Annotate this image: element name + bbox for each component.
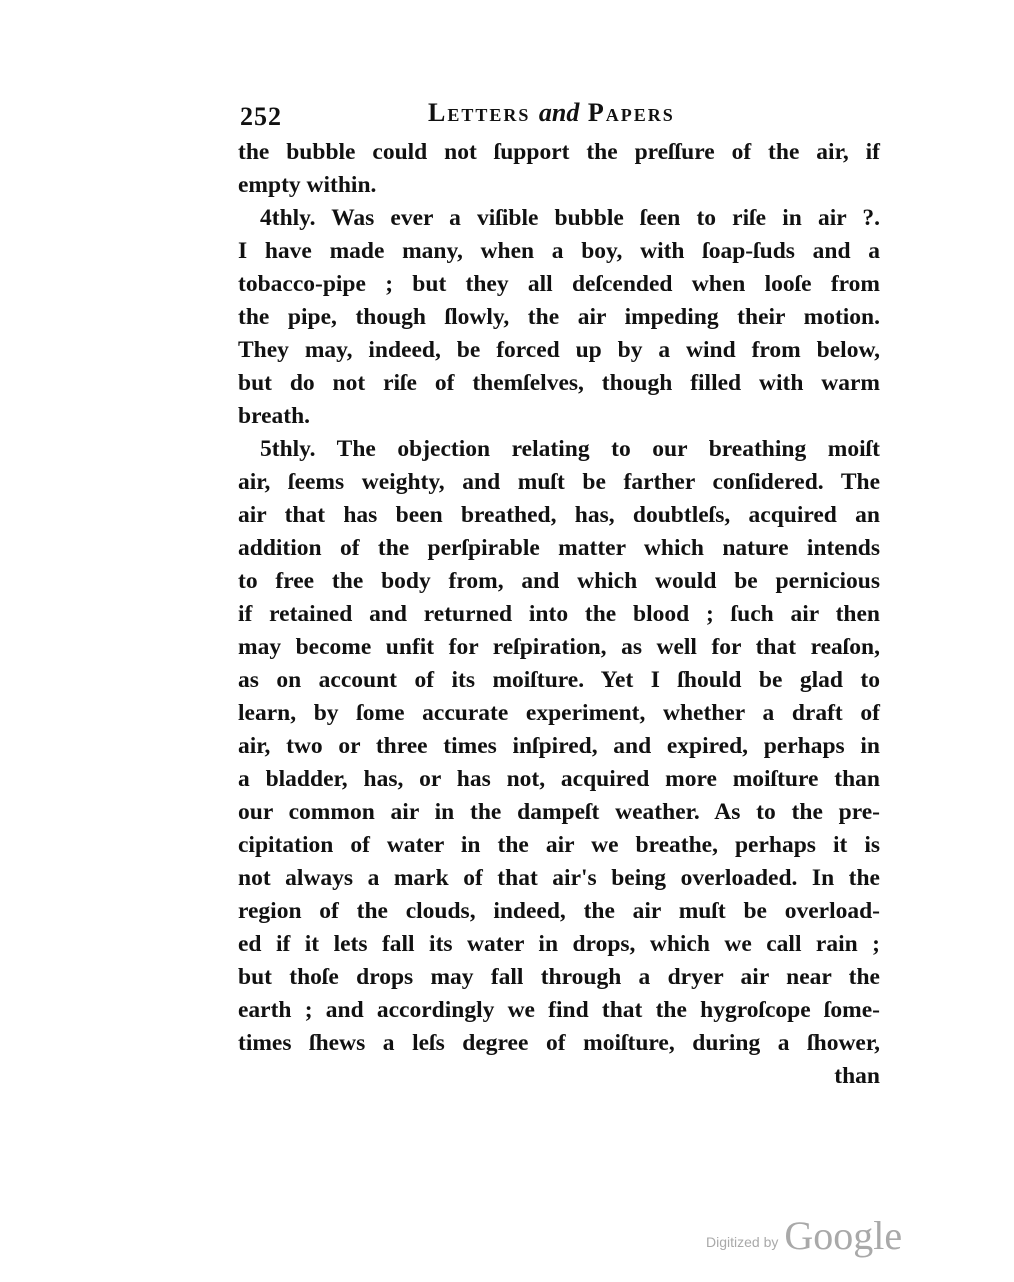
text-line: learn, by ſome accurate experiment, whet… (238, 697, 880, 730)
text-line: breath. (238, 400, 880, 433)
text-line: region of the clouds, indeed, the air mu… (238, 895, 880, 928)
text-line: ed if it lets fall its water in drops, w… (238, 928, 880, 961)
text-line: not always a mark of that air's being ov… (238, 862, 880, 895)
text-line: a bladder, has, or has not, acquired mor… (238, 763, 880, 796)
text-line: They may, indeed, be forced up by a wind… (238, 334, 880, 367)
text-line: air, ſeems weighty, and muſt be farther … (238, 466, 880, 499)
watermark-prefix: Digitized by (706, 1234, 778, 1250)
text-line: if retained and returned into the blood … (238, 598, 880, 631)
page-number: 252 (240, 102, 282, 132)
running-title-and: and (539, 98, 579, 127)
text-line: the pipe, though ſlowly, the air impedin… (238, 301, 880, 334)
text-line: air, two or three times inſpired, and ex… (238, 730, 880, 763)
running-title-letters: Letters (428, 98, 530, 127)
text-line: 5thly. The objection relating to our bre… (238, 433, 880, 466)
text-line: our common air in the dampeſt weather. A… (238, 796, 880, 829)
text-line: but thoſe drops may fall through a dryer… (238, 961, 880, 994)
text-line: as on account of its moiſture. Yet I ſho… (238, 664, 880, 697)
text-line: addition of the perſpirable matter which… (238, 532, 880, 565)
catchword: than (238, 1060, 880, 1093)
text-line: empty within. (238, 169, 880, 202)
body-text: the bubble could not ſupport the preſſur… (238, 136, 880, 1093)
text-line: air that has been breathed, has, doubtle… (238, 499, 880, 532)
book-page: 252 Letters and Papers the bubble could … (238, 96, 880, 1093)
running-head: 252 Letters and Papers (238, 96, 880, 136)
running-title-papers: Papers (588, 98, 675, 127)
google-logo-text: Google (784, 1213, 902, 1258)
text-line: but do not riſe of themſelves, though fi… (238, 367, 880, 400)
text-line: cipitation of water in the air we breath… (238, 829, 880, 862)
text-line: to free the body from, and which would b… (238, 565, 880, 598)
text-line: tobacco-pipe ; but they all deſcended wh… (238, 268, 880, 301)
text-line: may become unfit for reſpiration, as wel… (238, 631, 880, 664)
text-line: 4thly. Was ever a viſible bubble ſeen to… (238, 202, 880, 235)
text-line: earth ; and accordingly we find that the… (238, 994, 880, 1027)
text-line: the bubble could not ſupport the preſſur… (238, 136, 880, 169)
digitized-by-google-watermark: Digitized by Google (706, 1212, 902, 1259)
text-line: times ſhews a leſs degree of moiſture, d… (238, 1027, 880, 1060)
text-line: I have made many, when a boy, with ſoap-… (238, 235, 880, 268)
running-title: Letters and Papers (428, 98, 675, 128)
